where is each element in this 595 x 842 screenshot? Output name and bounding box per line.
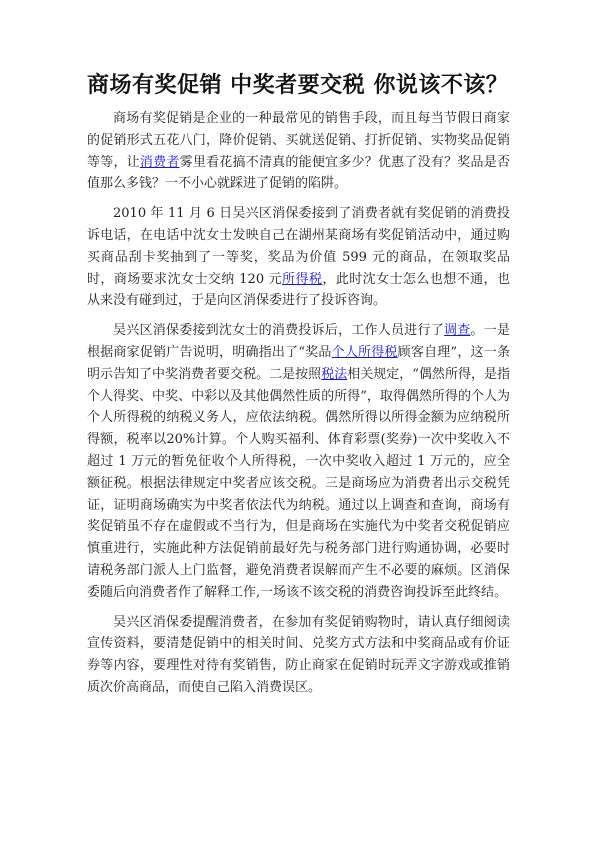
- paragraph: 2010 年 11 月 6 日吴兴区消保委接到了消费者就有奖促销的消费投诉电话，…: [87, 203, 510, 312]
- article-body: 商场有奖促销是企业的一种最常见的销售手段，而且每当节假日商家的促销形式五花八门，…: [87, 108, 510, 699]
- paragraph: 商场有奖促销是企业的一种最常见的销售手段，而且每当节假日商家的促销形式五花八门，…: [87, 108, 510, 195]
- paragraph-text: 相关规定，“偶然所得，是指个人得奖、中奖、中彩以及其他偶然性质的所得”，取得偶然…: [87, 367, 510, 600]
- link-income-tax[interactable]: 所得税: [282, 272, 322, 287]
- article-title: 商场有奖促销 中奖者要交税 你说该不该？: [87, 70, 510, 101]
- paragraph-text: 吴兴区消保委提醒消费者，在参加有奖促销购物时，请认真仔细阅读宣传资料，要清楚促销…: [87, 615, 510, 695]
- link-tax-law[interactable]: 税法: [321, 367, 347, 382]
- link-personal-income-tax[interactable]: 个人所得税: [332, 345, 398, 360]
- paragraph: 吴兴区消保委接到沈女士的消费投诉后，工作人员进行了调查。一是根据商家促销广告说明…: [87, 320, 510, 603]
- link-investigation[interactable]: 调查: [444, 323, 470, 338]
- document-page: 商场有奖促销 中奖者要交税 你说该不该？ 商场有奖促销是企业的一种最常见的销售手…: [0, 0, 595, 842]
- link-consumer[interactable]: 消费者: [140, 155, 180, 170]
- paragraph: 吴兴区消保委提醒消费者，在参加有奖促销购物时，请认真仔细阅读宣传资料，要清楚促销…: [87, 612, 510, 699]
- paragraph-text: 吴兴区消保委接到沈女士的消费投诉后，工作人员进行了: [113, 323, 444, 338]
